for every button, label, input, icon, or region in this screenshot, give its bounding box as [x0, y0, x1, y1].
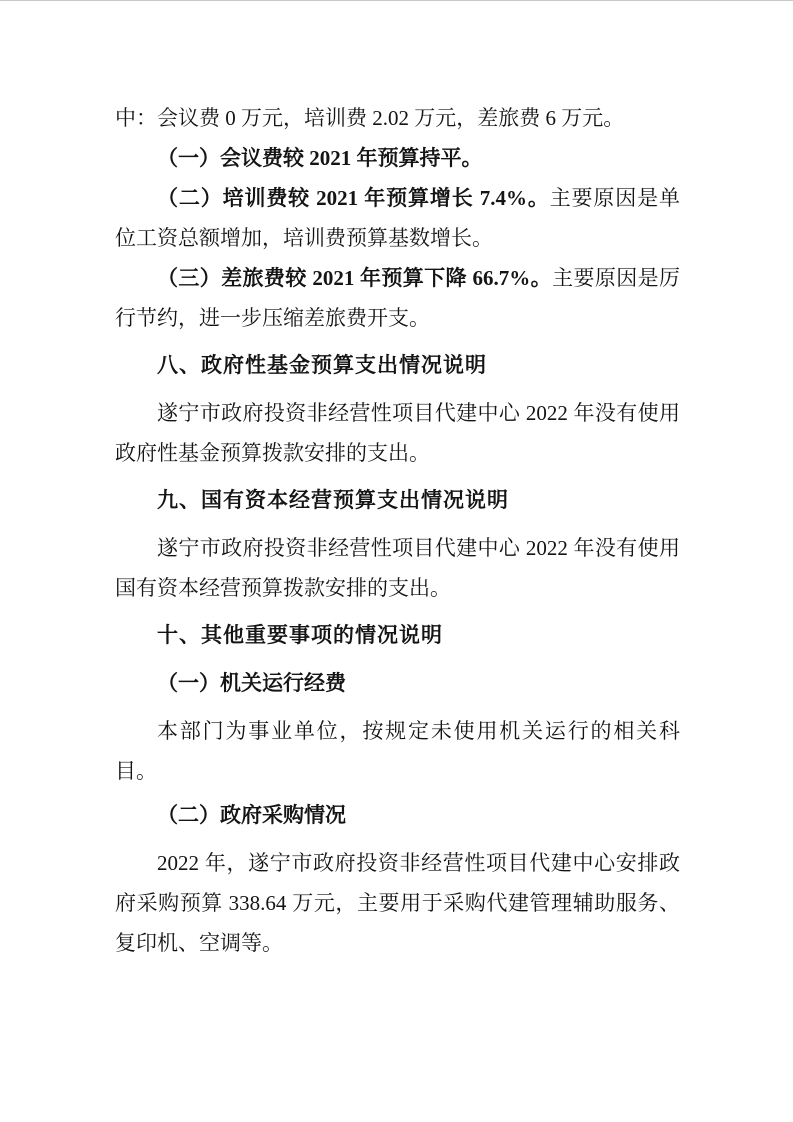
heading-section-9-state-capital: 九、国有资本经营预算支出情况说明: [115, 481, 680, 521]
paragraph-govt-fund: 遂宁市政府投资非经营性项目代建中心 2022 年没有使用政府性基金预算拨款安排的…: [115, 393, 680, 473]
bold-lead-text: （二）培训费较 2021 年预算增长 7.4%。: [157, 186, 550, 210]
subheading-agency-operation: （一）机关运行经费: [115, 663, 680, 703]
paragraph-agency-operation: 本部门为事业单位，按规定未使用机关运行的相关科目。: [115, 711, 680, 791]
heading-section-10-other-matters: 十、其他重要事项的情况说明: [115, 616, 680, 656]
paragraph-govt-procurement: 2022 年，遂宁市政府投资非经营性项目代建中心安排政府采购预算 338.64 …: [115, 843, 680, 963]
paragraph-training-fee: （二）培训费较 2021 年预算增长 7.4%。主要原因是单位工资总额增加，培训…: [115, 178, 680, 258]
subheading-govt-procurement: （二）政府采购情况: [115, 795, 680, 835]
paragraph-travel-fee: （三）差旅费较 2021 年预算下降 66.7%。主要原因是厉行节约，进一步压缩…: [115, 258, 680, 338]
heading-section-8-govt-fund: 八、政府性基金预算支出情况说明: [115, 346, 680, 386]
bold-lead-text: （三）差旅费较 2021 年预算下降 66.7%。: [157, 266, 552, 290]
subheading-meeting-fee: （一）会议费较 2021 年预算持平。: [115, 138, 680, 178]
document-page: 中：会议费 0 万元，培训费 2.02 万元，差旅费 6 万元。 （一）会议费较…: [0, 0, 793, 1122]
paragraph-state-capital: 遂宁市政府投资非经营性项目代建中心 2022 年没有使用国有资本经营预算拨款安排…: [115, 528, 680, 608]
paragraph-expense-detail: 中：会议费 0 万元，培训费 2.02 万元，差旅费 6 万元。: [115, 98, 680, 138]
